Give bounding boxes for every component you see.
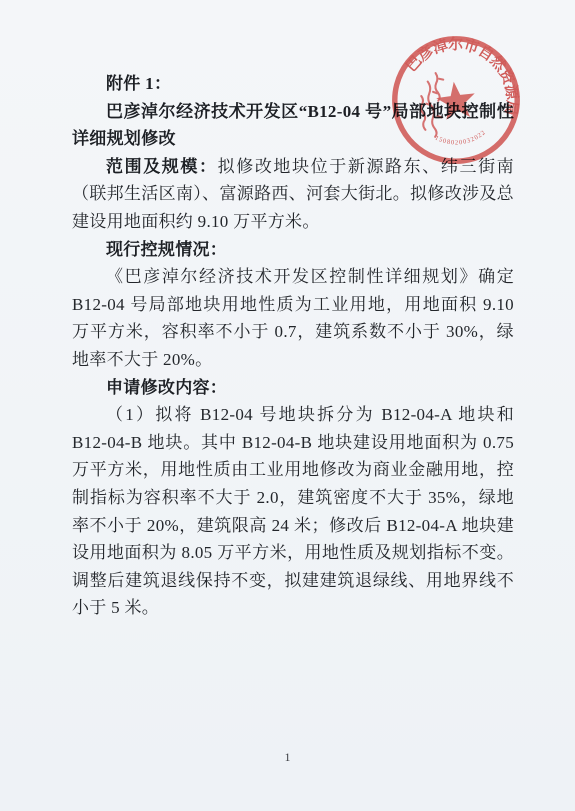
attachment-label: 附件 1： [72,70,514,98]
scanned-document-page: 附件 1： 巴彦淖尔经济技术开发区“B12-04 号”局部地块控制性详细规划修改… [0,0,575,811]
page-number: 1 [0,750,575,765]
section-heading-requested-modification: 申请修改内容： [72,374,514,402]
requested-modification-text: （1）拟将 B12-04 号地块拆分为 B12-04-A 地块和 B12-04-… [72,401,514,622]
current-regulation-text: 《巴彦淖尔经济技术开发区控制性详细规划》确定 B12-04 号局部地块用地性质为… [72,263,514,373]
scope-lead: 范围及规模： [106,157,218,176]
document-body: 附件 1： 巴彦淖尔经济技术开发区“B12-04 号”局部地块控制性详细规划修改… [72,70,514,622]
scope-paragraph: 范围及规模：拟修改地块位于新源路东、纬三街南（联邦生活区南）、富源路西、河套大街… [72,153,514,236]
document-title: 巴彦淖尔经济技术开发区“B12-04 号”局部地块控制性详细规划修改 [72,98,514,153]
section-heading-current-regulation: 现行控规情况： [72,236,514,264]
